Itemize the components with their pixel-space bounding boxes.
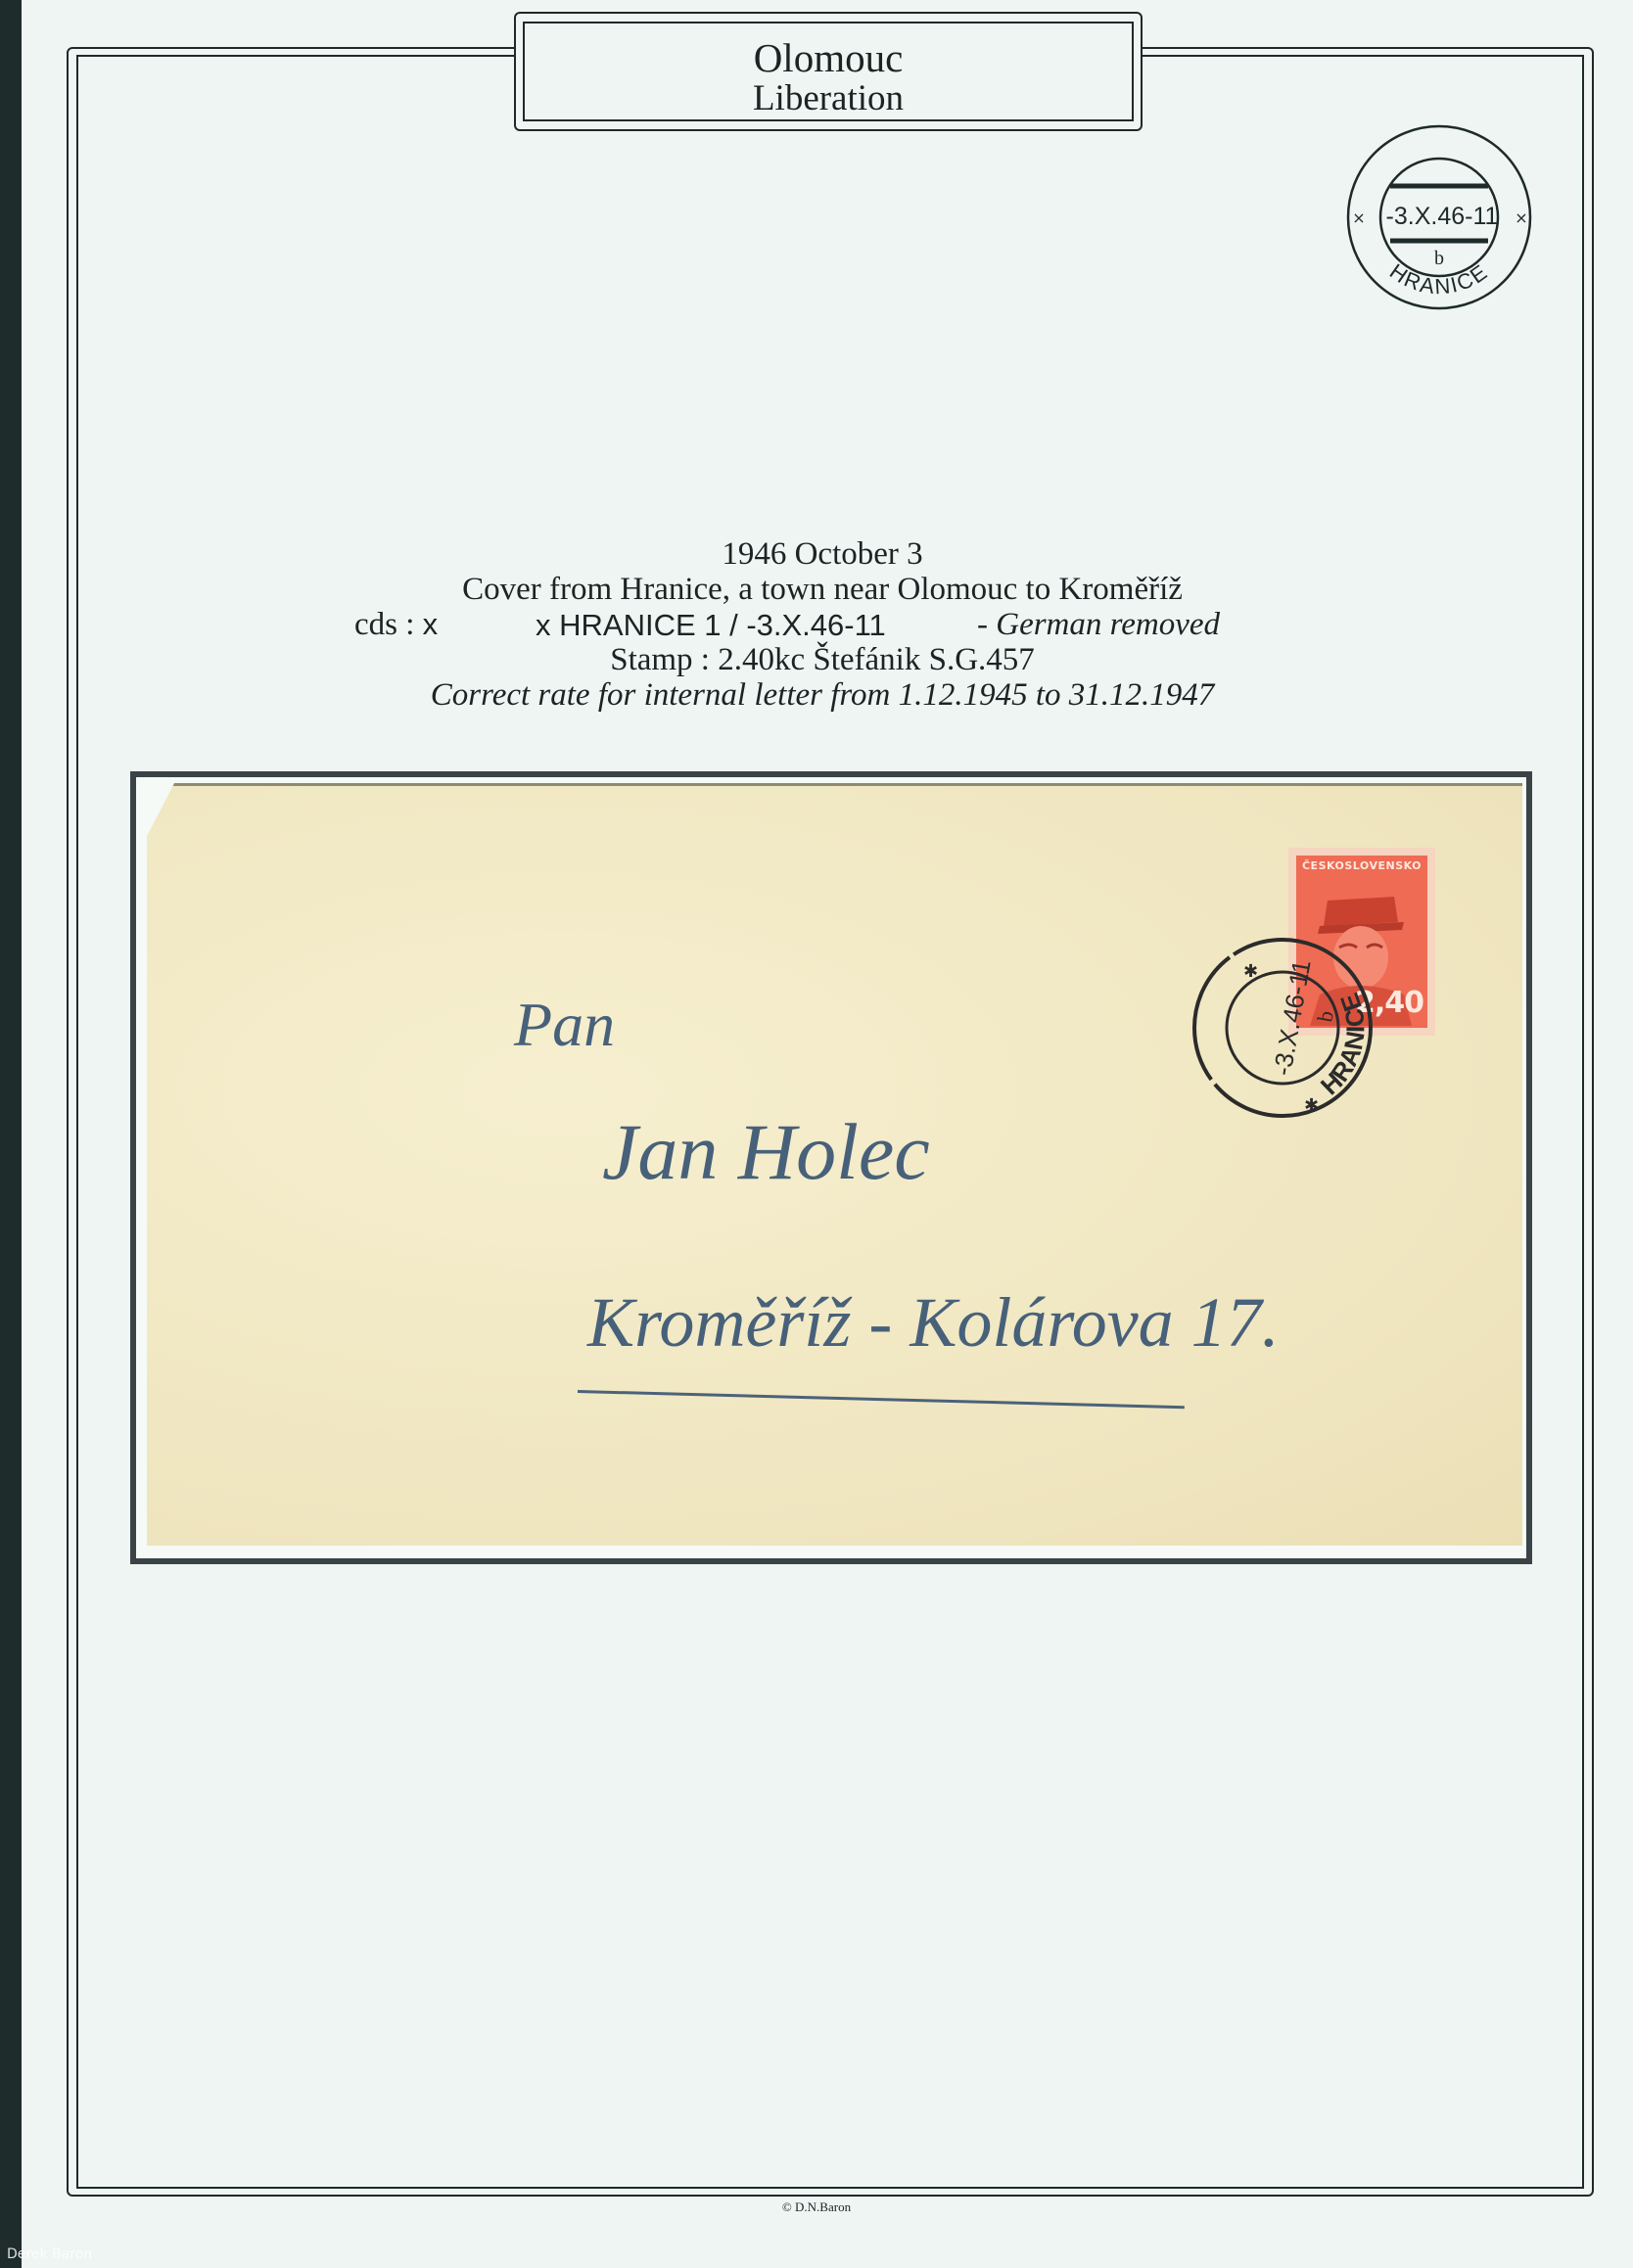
postmark-date: -3.X.46-11 xyxy=(1386,203,1499,230)
postmark-illustration-icon: -3.X.46-11 b × × HRANICE xyxy=(1341,119,1537,315)
copyright-notice: © D.N.Baron xyxy=(0,2199,1633,2215)
cds-value: x HRANICE 1 / -3.X.46-11 xyxy=(536,608,886,643)
title-box: Olomouc Liberation xyxy=(514,12,1143,131)
cover-route: Cover from Hranice, a town near Olomouc … xyxy=(196,572,1449,607)
watermark: Derek Baron xyxy=(7,2246,92,2262)
cds-label: cds : x xyxy=(354,607,438,642)
rate-note: Correct rate for internal letter from 1.… xyxy=(196,677,1449,713)
svg-text:×: × xyxy=(1515,208,1527,227)
page-subtitle: Liberation xyxy=(525,79,1132,118)
address-city: Kroměříž - Kolárova 17. xyxy=(587,1282,1280,1364)
svg-text:×: × xyxy=(1352,208,1365,227)
cover-description: 1946 October 3 Cover from Hranice, a tow… xyxy=(196,536,1449,713)
page-title: Olomouc xyxy=(525,36,1132,79)
stamp-description: Stamp : 2.40kc Štefánik S.G.457 xyxy=(196,642,1449,677)
stamp-country: ČESKOSLOVENSKO xyxy=(1296,859,1427,872)
address-name: Jan Holec xyxy=(602,1106,930,1198)
svg-text:✱: ✱ xyxy=(1243,961,1258,982)
title-box-inner: Olomouc Liberation xyxy=(523,22,1134,121)
cds-line: cds : x x HRANICE 1 / -3.X.46-11 - Germa… xyxy=(196,607,1449,642)
cds-note: - German removed xyxy=(977,607,1220,642)
cancellation-postmark-icon: -3.X.46-11 b HRANICE ✱ ✱ xyxy=(1175,930,1400,1126)
scan-edge-strip xyxy=(0,0,22,2268)
address-salutation: Pan xyxy=(514,989,615,1061)
cover-date: 1946 October 3 xyxy=(196,536,1449,572)
svg-text:b: b xyxy=(1434,248,1444,269)
svg-text:✱: ✱ xyxy=(1304,1095,1319,1116)
svg-text:HRANICE: HRANICE xyxy=(1315,990,1371,1101)
svg-text:-3.X.46-11: -3.X.46-11 xyxy=(1267,957,1316,1078)
